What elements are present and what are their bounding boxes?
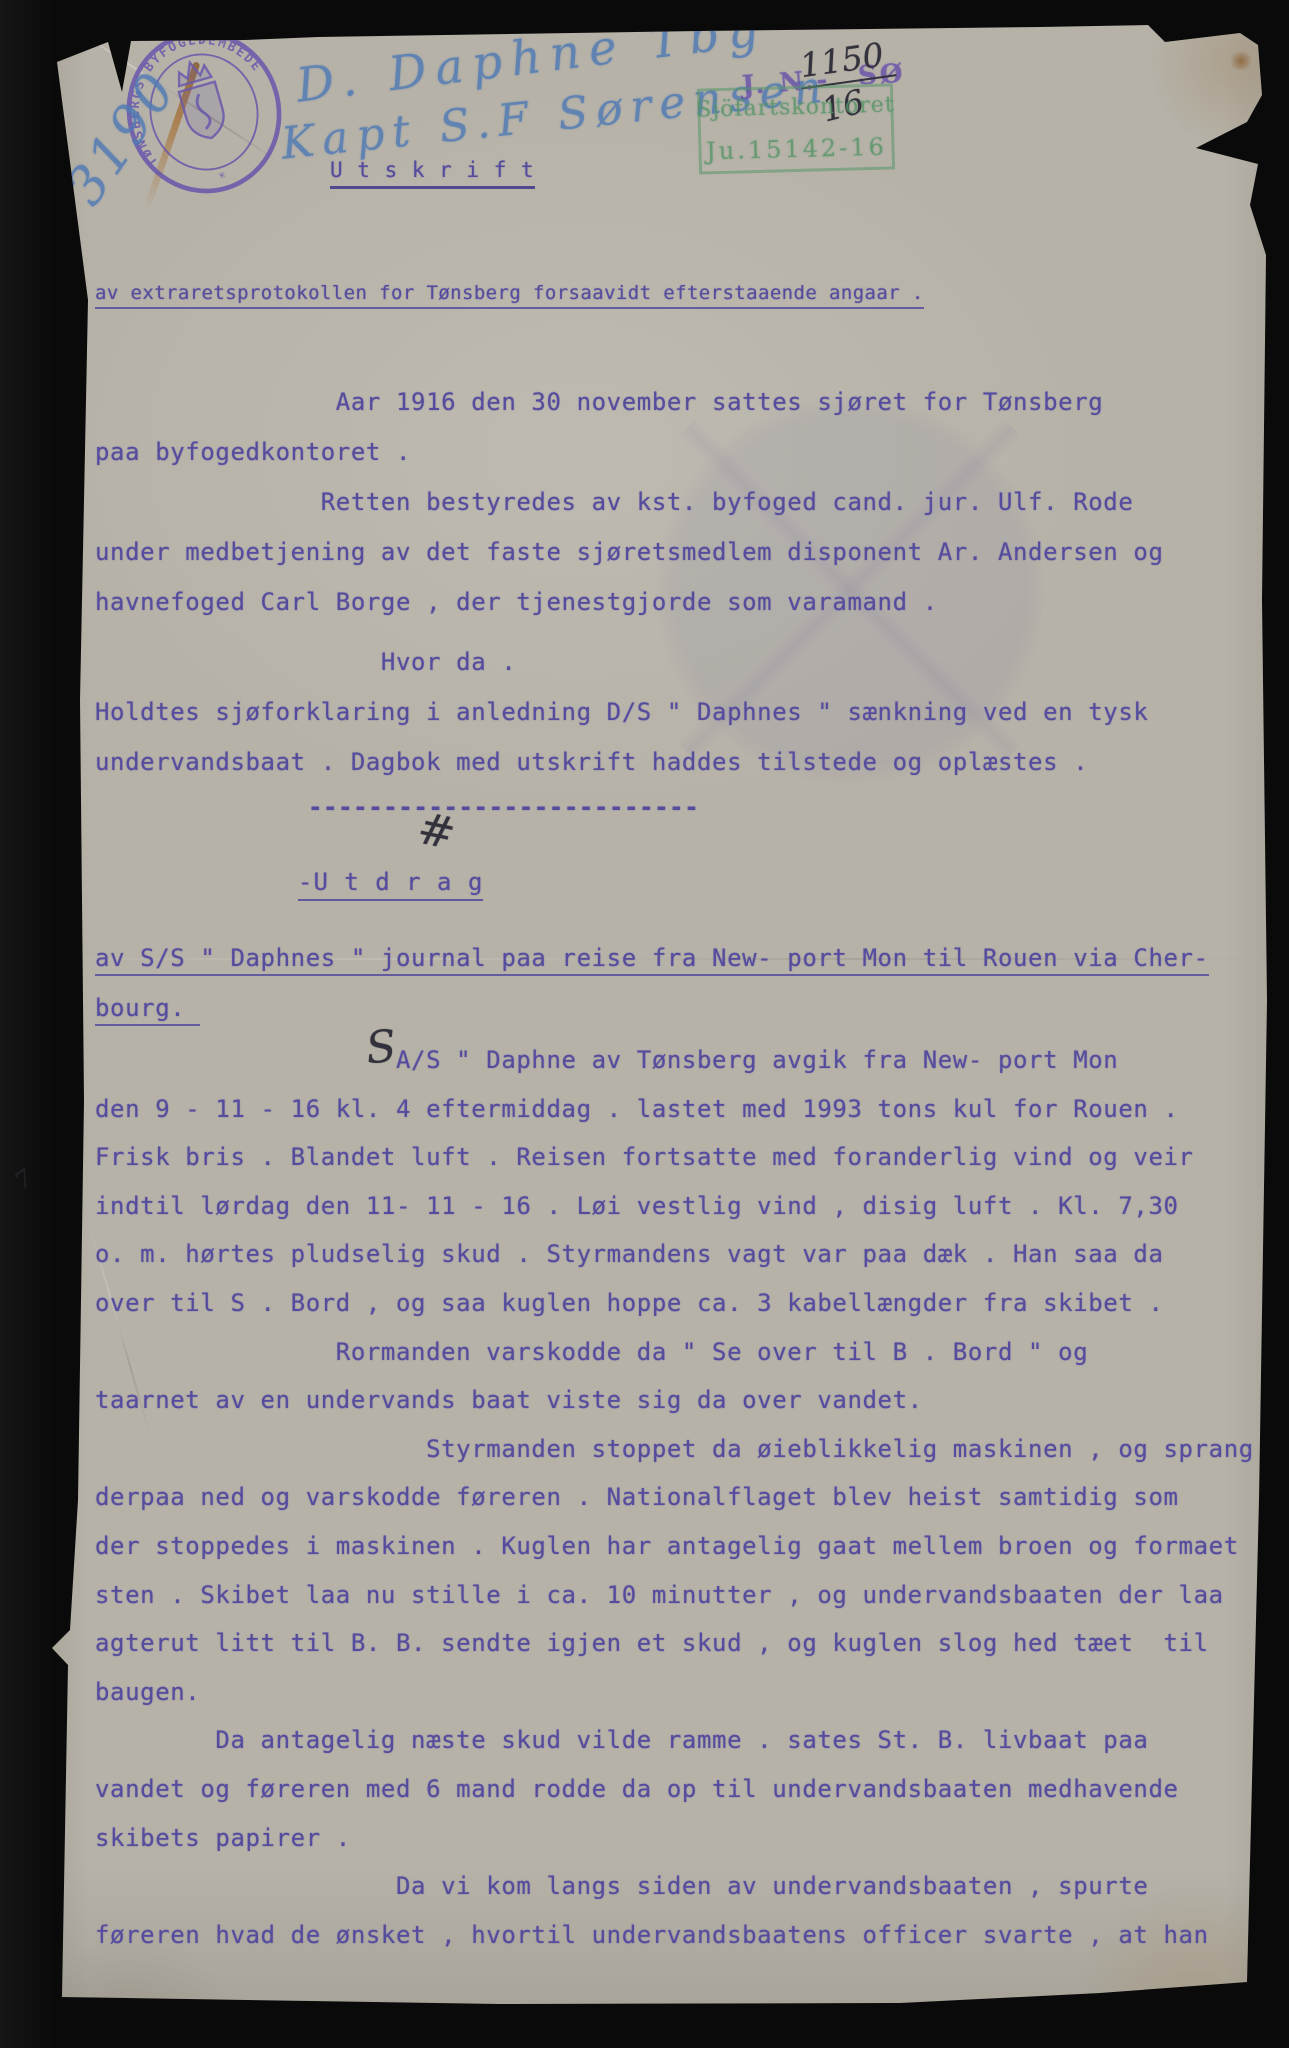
typed-line: under medbetjening av det faste sjøretsm… — [95, 527, 1164, 577]
subtitle-text: av extraretsprotokollen for Tønsberg for… — [95, 282, 924, 309]
typed-line: føreren hvad de ønsket , hvortil underva… — [95, 1911, 1254, 1960]
green-stamp-office: Sjöfartskontoret — [696, 92, 895, 122]
typed-line: Frisk bris . Blandet luft . Reisen forts… — [95, 1133, 1254, 1182]
margin-pen-mark: 7 — [9, 1164, 38, 1196]
stamp-star-icon: ✳ — [216, 167, 228, 183]
typed-line: Rormanden varskodde da " Se over til B .… — [95, 1328, 1254, 1377]
paragraph-court-session: Aar 1916 den 30 november sattes sjøret f… — [95, 377, 1164, 627]
subtitle: av extraretsprotokollen for Tønsberg for… — [95, 282, 924, 304]
typed-line: Holdtes sjøforklaring i anledning D/S " … — [95, 687, 1148, 737]
rust-stain — [1228, 52, 1254, 70]
journal-intro-line2: bourg. — [95, 994, 200, 1022]
typed-line: Styrmanden stoppet da øieblikkelig maski… — [95, 1425, 1254, 1474]
utdrag-heading: -U t d r a g — [298, 868, 483, 896]
typed-line: undervandsbaat . Dagbok med utskrift had… — [95, 737, 1148, 787]
typed-line: Da vi kom langs siden av undervandsbaate… — [95, 1862, 1254, 1911]
journal-intro-line1: av S/S " Daphnes " journal paa reise fra… — [95, 944, 1209, 972]
typed-line: der stoppedes i maskinen . Kuglen har an… — [95, 1522, 1254, 1571]
typed-line: derpaa ned og varskodde føreren . Nation… — [95, 1473, 1254, 1522]
journal-intro-text1: av S/S " Daphnes " journal paa reise fra… — [95, 944, 1209, 976]
typed-line: agterut litt til B. B. sendte igjen et s… — [95, 1619, 1254, 1668]
typed-line: A/S " Daphne av Tønsberg avgik fra New- … — [95, 1036, 1254, 1085]
typed-line: sten . Skibet laa nu stille i ca. 10 min… — [95, 1571, 1254, 1620]
typed-line: den 9 - 11 - 16 kl. 4 eftermiddag . last… — [95, 1085, 1254, 1134]
typed-line: vandet og føreren med 6 mand rodde da op… — [95, 1765, 1254, 1814]
utdrag-text: -U t d r a g — [298, 868, 483, 901]
typed-line: Retten bestyredes av kst. byfoged cand. … — [95, 477, 1164, 527]
paragraph-hearing: Hvor da .Holdtes sjøforklaring i anledni… — [95, 637, 1148, 787]
paper-sheet: TØNSBERGS BYFOGEDEMBEDE ✳ 3190 D. Daphne… — [0, 0, 1289, 2048]
typed-line: taarnet av en undervands baat viste sig … — [95, 1376, 1254, 1425]
typed-line: indtil lørdag den 11- 11 - 16 . Løi vest… — [95, 1182, 1254, 1231]
paragraph-journal-extract: A/S " Daphne av Tønsberg avgik fra New- … — [95, 1036, 1254, 1959]
dashed-separator: -------------------------- — [308, 793, 699, 821]
scanned-document-page: TØNSBERGS BYFOGEDEMBEDE ✳ 3190 D. Daphne… — [0, 0, 1289, 2048]
typed-line: paa byfogedkontoret . — [95, 427, 1164, 477]
typed-line: havnefoged Carl Borge , der tjenestgjord… — [95, 577, 1164, 627]
typed-line: over til S . Bord , og saa kuglen hoppe … — [95, 1279, 1254, 1328]
typed-line: o. m. hørtes pludselig skud . Styrmanden… — [95, 1230, 1254, 1279]
journal-intro-text2: bourg. — [95, 994, 200, 1026]
typed-line: Aar 1916 den 30 november sattes sjøret f… — [95, 377, 1164, 427]
typed-line: Hvor da . — [95, 637, 1148, 687]
typed-line: Da antagelig næste skud vilde ramme . sa… — [95, 1716, 1254, 1765]
typed-line: skibets papirer . — [95, 1814, 1254, 1863]
sjofart-green-stamp: Sjöfartskontoret Ju.15142-16 — [697, 83, 895, 174]
green-stamp-number: Ju.15142-16 — [706, 133, 887, 166]
page-title: U t s k r i f t — [330, 158, 535, 182]
typed-line: baugen. — [95, 1668, 1254, 1717]
title-text: U t s k r i f t — [330, 158, 535, 189]
handwritten-s-correction: S — [363, 1021, 398, 1075]
